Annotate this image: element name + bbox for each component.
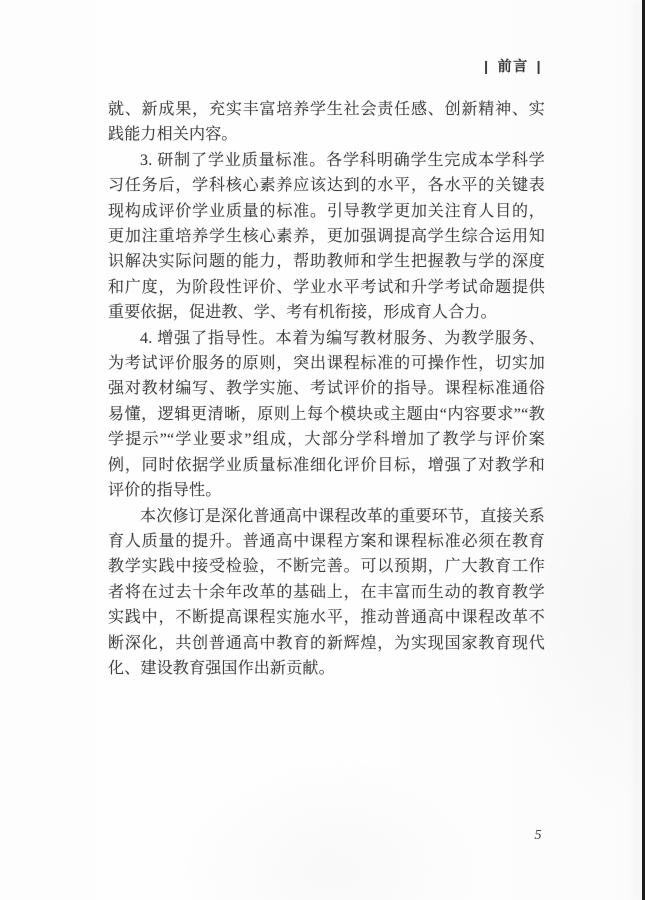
body-text: 就、新成果，充实丰富培养学生社会责任感、创新精神、实践能力相关内容。 3. 研制…: [108, 97, 545, 681]
paragraph-closing: 本次修订是深化普通高中课程改革的重要环节，直接关系育人质量的提升。普通高中课程方…: [108, 504, 545, 682]
page-header: |前言|: [0, 56, 542, 76]
paragraph-item-4: 4. 增强了指导性。本着为编写教材服务、为教学服务、为考试评价服务的原则，突出课…: [108, 326, 545, 504]
paragraph-continuation: 就、新成果，充实丰富培养学生社会责任感、创新精神、实践能力相关内容。: [108, 97, 545, 148]
header-divider-right: |: [537, 58, 542, 74]
book-page: |前言| 就、新成果，充实丰富培养学生社会责任感、创新精神、实践能力相关内容。 …: [0, 0, 645, 900]
header-title: 前言: [498, 60, 529, 75]
page-number: 5: [528, 828, 548, 844]
header-divider-left: |: [484, 58, 489, 74]
paragraph-item-3: 3. 研制了学业质量标准。各学科明确学生完成本学科学习任务后，学科核心素养应该达…: [108, 148, 545, 326]
